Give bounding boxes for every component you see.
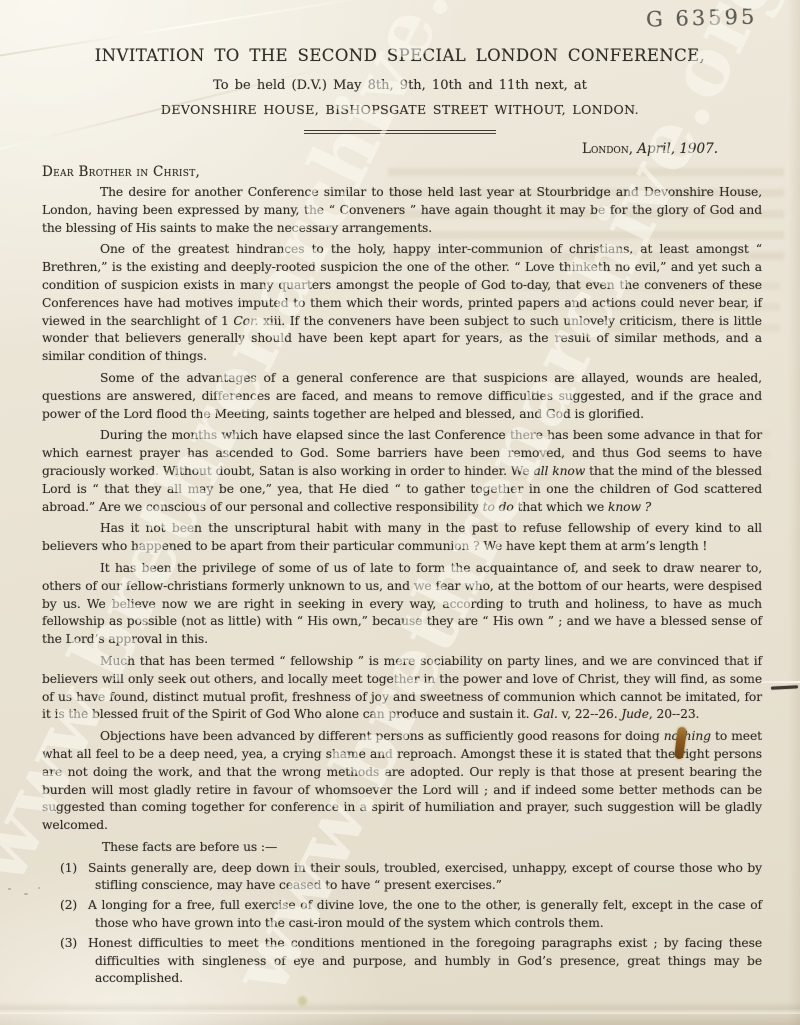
text-segment: , 20--23. [649, 707, 699, 721]
paragraph-7: Much that has been termed “ fellowship ”… [42, 653, 762, 724]
list-item-text: Saints generally are, deep down in their… [88, 861, 762, 893]
pen-mark [771, 685, 798, 689]
list-item: (2)A longing for a free, full exercise o… [42, 897, 762, 933]
paragraph-3: Some of the advantages of a general conf… [42, 370, 762, 423]
italic-text-segment: know ? [608, 500, 651, 514]
archive-number-stamp: G 63595 [646, 5, 758, 32]
italic-text-segment: Cor. [233, 314, 258, 328]
italic-text-segment: Gal. [533, 707, 558, 721]
paper-stain-spot [298, 996, 307, 1006]
dateline-date: April, 1907. [633, 141, 718, 157]
text-segment: Has it not been the unscriptural habit w… [42, 521, 762, 553]
italic-text-segment: all know [533, 464, 585, 478]
list-item-text: Honest difficulties to meet the conditio… [88, 936, 762, 986]
italic-text-segment: to do [483, 500, 514, 514]
text-segment: Honest difficulties to meet the conditio… [88, 936, 762, 986]
letter-title: INVITATION TO THE SECOND SPECIAL LONDON … [0, 46, 800, 65]
paragraph-1: The desire for another Conference simila… [42, 184, 762, 237]
list-item-text: A longing for a free, full exercise of d… [88, 898, 762, 930]
double-rule-divider [304, 130, 496, 134]
text-segment: v, 22--26. [558, 707, 621, 721]
letter-venue-line: DEVONSHIRE HOUSE, BISHOPSGATE STREET WIT… [0, 102, 800, 117]
letter-body: The desire for another Conference simila… [42, 184, 762, 988]
dateline: London, April, 1907. [0, 141, 800, 157]
list-item: (3)Honest difficulties to meet the condi… [42, 935, 762, 988]
pencil-speck [312, 56, 314, 58]
text-segment: Objections have been advanced by differe… [100, 729, 664, 743]
text-segment: Some of the advantages of a general conf… [42, 371, 762, 421]
text-segment: Saints generally are, deep down in their… [88, 861, 762, 893]
scanned-letter-page: G 63595 INVITATION TO THE SECOND SPECIAL… [0, 0, 800, 1025]
list-item-number: (1) [60, 860, 77, 878]
pencil-speck [8, 888, 11, 890]
facts-intro: These facts are before us :— [42, 839, 762, 857]
text-segment: to meet what all feel to be a deep need,… [42, 729, 762, 832]
list-item-number: (2) [60, 897, 77, 915]
text-segment: The desire for another Conference simila… [42, 185, 762, 235]
text-segment: A longing for a free, full exercise of d… [88, 898, 762, 930]
text-segment: It has been the privilege of some of us … [42, 561, 762, 646]
paragraph-5: Has it not been the unscriptural habit w… [42, 520, 762, 556]
italic-text-segment: Jude [621, 707, 649, 721]
list-item-number: (3) [60, 935, 77, 953]
text-segment: that which we [514, 500, 608, 514]
paragraph-4: During the months which have elapsed sin… [42, 427, 762, 516]
paragraph-2: One of the greatest hindrances to the ho… [42, 241, 762, 366]
list-item: (1)Saints generally are, deep down in th… [42, 860, 762, 896]
paragraph-6: It has been the privilege of some of us … [42, 560, 762, 649]
pencil-speck [24, 893, 28, 895]
pencil-speck [38, 887, 40, 889]
italic-text-segment: nothing [664, 729, 711, 743]
dateline-place: London, [582, 141, 633, 157]
paragraph-8: Objections have been advanced by differe… [42, 728, 762, 835]
letter-dates-line: To be held (D.V.) May 8th, 9th, 10th and… [0, 78, 800, 93]
paper-crease [0, 1002, 800, 1014]
